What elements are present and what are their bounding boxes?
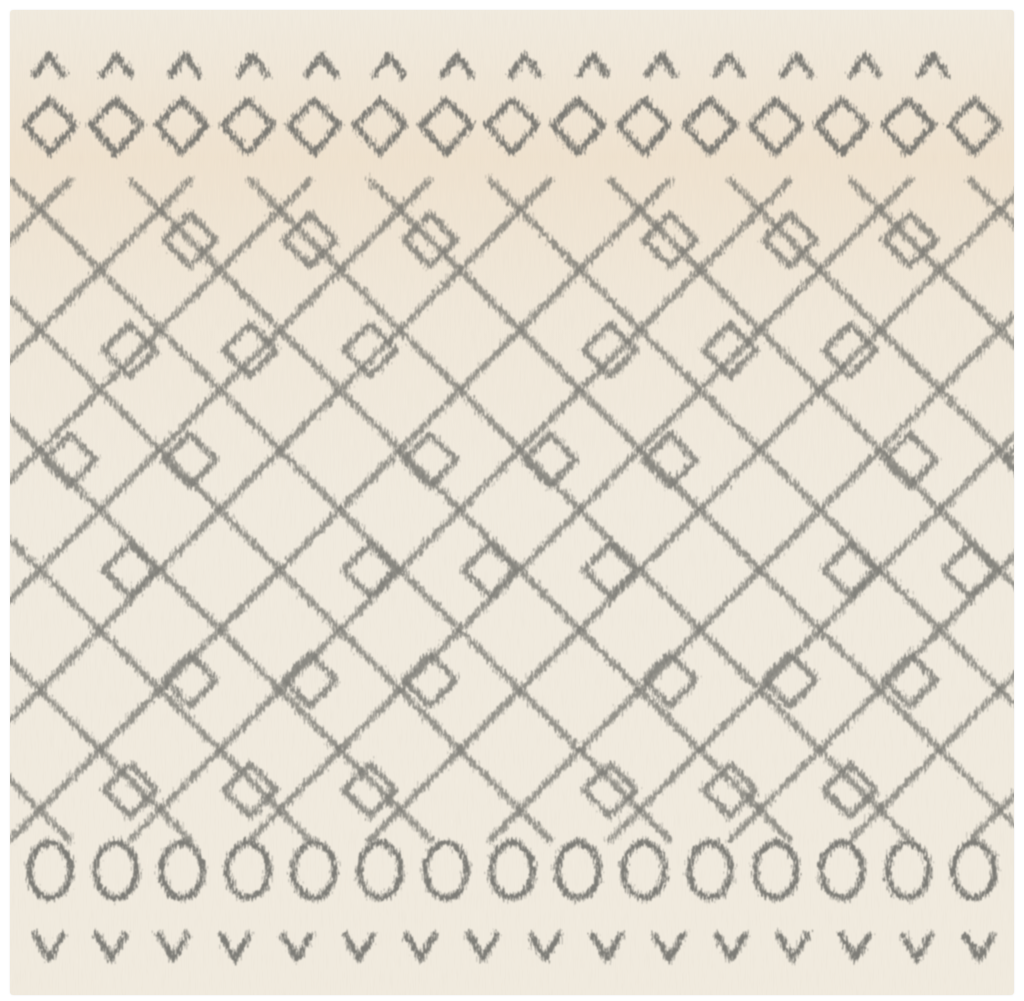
rug-pattern — [10, 10, 1014, 995]
rug-photo — [10, 10, 1014, 995]
